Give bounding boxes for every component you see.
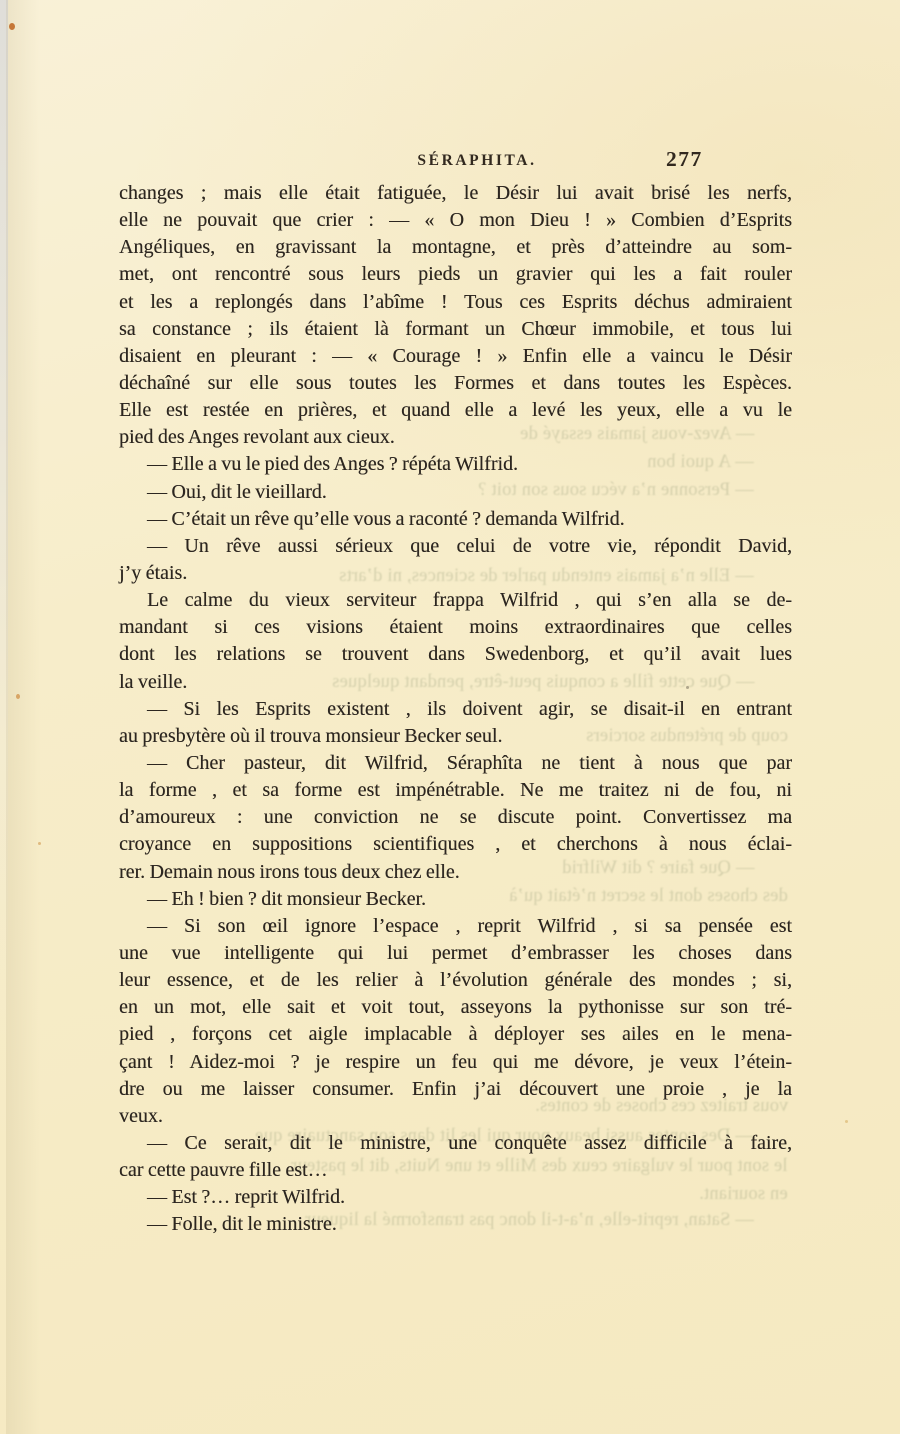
text-line: pied , forçons cet aigle implacable à dé…	[119, 1021, 792, 1048]
page-number: 277	[666, 147, 703, 172]
text-line: — Ce serait, dit le ministre, une conquê…	[119, 1130, 792, 1157]
text-line: — Est ?… reprit Wilfrid.	[119, 1184, 792, 1211]
text-line: — Si son œil ignore l’espace , reprit Wi…	[119, 913, 792, 940]
paper-speck	[845, 1120, 848, 1123]
text-line: car cette pauvre fille est…	[119, 1157, 792, 1184]
paper-speck	[686, 686, 689, 689]
text-line: la forme , et sa forme est impénétrable.…	[119, 777, 792, 804]
text-line: changes ; mais elle était fatiguée, le D…	[119, 180, 792, 207]
text-line: sa constance ; ils étaient là formant un…	[119, 316, 792, 343]
text-line: — Elle a vu le pied des Anges ? répéta W…	[119, 451, 792, 478]
text-line: elle ne pouvait que crier : — « O mon Di…	[119, 207, 792, 234]
text-line: au presbytère où il trouva monsieur Beck…	[119, 723, 792, 750]
text-line: — Un rêve aussi sérieux que celui de vot…	[119, 533, 792, 560]
text-line: une vue intelligente qui lui permet d’em…	[119, 940, 792, 967]
paper-speck	[16, 694, 20, 699]
text-line: — Si les Esprits existent , ils doivent …	[119, 696, 792, 723]
paper-speck	[38, 842, 41, 845]
text-block: changes ; mais elle était fatiguée, le D…	[119, 180, 792, 1238]
text-line: leur essence, et de les relier à l’évolu…	[119, 967, 792, 994]
text-line: Le calme du vieux serviteur frappa Wilfr…	[119, 587, 792, 614]
text-line: déchaîné sur elle sous toutes les Formes…	[119, 370, 792, 397]
text-line: çant ! Aidez-moi ? je respire un feu qui…	[119, 1049, 792, 1076]
text-line: et les a replongés dans l’abîme ! Tous c…	[119, 289, 792, 316]
text-line: veux.	[119, 1103, 792, 1130]
book-page: — Avez-vous jamais essayé de— A quoi bon…	[0, 0, 900, 1434]
text-line: la veille.	[119, 669, 792, 696]
text-line: — C’était un rêve qu’elle vous a raconté…	[119, 506, 792, 533]
text-line: d’amoureux : une conviction ne se discut…	[119, 804, 792, 831]
text-line: Angéliques, en gravissant la montagne, e…	[119, 234, 792, 261]
text-line: j’y étais.	[119, 560, 792, 587]
text-line: — Oui, dit le vieillard.	[119, 479, 792, 506]
text-line: — Cher pasteur, dit Wilfrid, Séraphîta n…	[119, 750, 792, 777]
running-title: SÉRAPHITA.	[417, 152, 536, 170]
text-line: — Eh ! bien ? dit monsieur Becker.	[119, 886, 792, 913]
text-line: Elle est restée en prières, et quand ell…	[119, 397, 792, 424]
text-line: pied des Anges revolant aux cieux.	[119, 424, 792, 451]
text-line: — Folle, dit le ministre.	[119, 1211, 792, 1238]
text-line: met, ont rencontré sous leurs pieds un g…	[119, 261, 792, 288]
text-line: mandant si ces visions étaient moins ext…	[119, 614, 792, 641]
text-line: disaient en pleurant : — « Courage ! » E…	[119, 343, 792, 370]
text-line: dont les relations se trouvent dans Swed…	[119, 641, 792, 668]
text-line: dre ou me laisser consumer. Enfin j’ai d…	[119, 1076, 792, 1103]
gutter-shadow	[6, 0, 46, 1434]
paper-speck	[9, 23, 15, 30]
text-line: rer. Demain nous irons tous deux chez el…	[119, 859, 792, 886]
text-line: en un mot, elle sait et voit tout, assey…	[119, 994, 792, 1021]
text-line: croyance en suppositions scientifiques ,…	[119, 831, 792, 858]
